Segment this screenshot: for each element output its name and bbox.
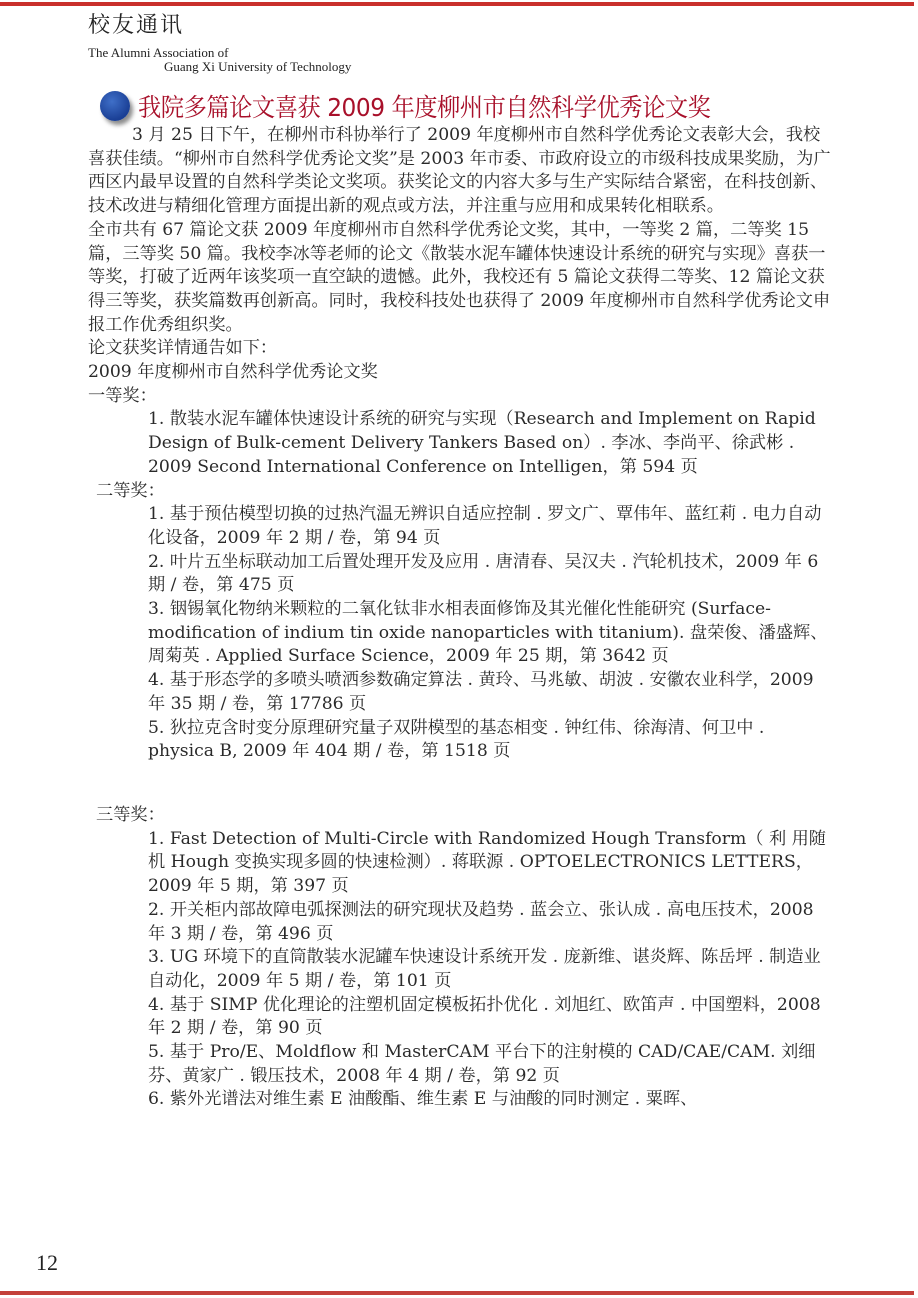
third-prize-heading: 三等奖：: [88, 804, 832, 828]
third-prize-entry: 6. 紫外光谱法对维生素 E 油酸酯、维生素 E 与油酸的同时测定 . 粟晖、: [88, 1088, 832, 1112]
masthead-title-cn: 校友通讯: [88, 12, 351, 40]
second-prize-entry: 1. 基于预估模型切换的过热汽温无辨识自适应控制 . 罗文广、覃伟年、蓝红莉 .…: [88, 503, 832, 550]
masthead-title-en-line2: Guang Xi University of Technology: [88, 60, 351, 74]
top-border-rule: [0, 2, 914, 6]
article-headline: 我院多篇论文喜获 2009 年度柳州市自然科学优秀论文奖: [100, 88, 754, 124]
third-prize-entry: 1. Fast Detection of Multi-Circle with R…: [88, 828, 832, 899]
headline-text: 我院多篇论文喜获 2009 年度柳州市自然科学优秀论文奖: [138, 88, 710, 124]
summary-paragraph: 全市共有 67 篇论文获 2009 年度柳州市自然科学优秀论文奖，其中，一等奖 …: [88, 219, 832, 338]
section-spacer: [88, 764, 832, 804]
page-number: 12: [36, 1250, 58, 1276]
article-body: 3 月 25 日下午，在柳州市科协举行了 2009 年度柳州市自然科学优秀论文表…: [88, 124, 832, 1112]
second-prize-entry: 2. 叶片五坐标联动加工后置处理开发及应用 . 唐清春、吴汉夫 . 汽轮机技术，…: [88, 551, 832, 598]
first-prize-heading: 一等奖：: [88, 385, 832, 409]
first-prize-entry: 1. 散装水泥车罐体快速设计系统的研究与实现（Research and Impl…: [88, 408, 832, 479]
third-prize-entry: 2. 开关柜内部故障电弧探测法的研究现状及趋势 . 蓝会立、张认成 . 高电压技…: [88, 899, 832, 946]
award-name: 2009 年度柳州市自然科学优秀论文奖: [88, 361, 832, 385]
blue-circle-bullet-icon: [100, 91, 130, 121]
second-prize-entry: 3. 铟锡氧化物纳米颗粒的二氧化钛非水相表面修饰及其光催化性能研究 (Surfa…: [88, 598, 832, 669]
second-prize-entry: 4. 基于形态学的多喷头喷洒参数确定算法 . 黄玲、马兆敏、胡波 . 安徽农业科…: [88, 669, 832, 716]
third-prize-entry: 3. UG 环境下的直筒散装水泥罐车快速设计系统开发 . 庞新维、谌炎辉、陈岳坪…: [88, 946, 832, 993]
bottom-border-rule: [0, 1291, 914, 1295]
masthead-title-en-line1: The Alumni Association of: [88, 46, 351, 60]
second-prize-entry: 5. 狄拉克含时变分原理研究量子双阱模型的基态相变 . 钟红伟、徐海清、何卫中 …: [88, 717, 832, 764]
details-intro: 论文获奖详情通告如下：: [88, 337, 832, 361]
second-prize-heading: 二等奖：: [88, 480, 832, 504]
intro-paragraph: 3 月 25 日下午，在柳州市科协举行了 2009 年度柳州市自然科学优秀论文表…: [88, 124, 832, 219]
third-prize-entry: 4. 基于 SIMP 优化理论的注塑机固定模板拓扑优化 . 刘旭红、欧笛声 . …: [88, 994, 832, 1041]
third-prize-entry: 5. 基于 Pro/E、Moldflow 和 MasterCAM 平台下的注射模…: [88, 1041, 832, 1088]
masthead: 校友通讯 The Alumni Association of Guang Xi …: [88, 12, 351, 74]
